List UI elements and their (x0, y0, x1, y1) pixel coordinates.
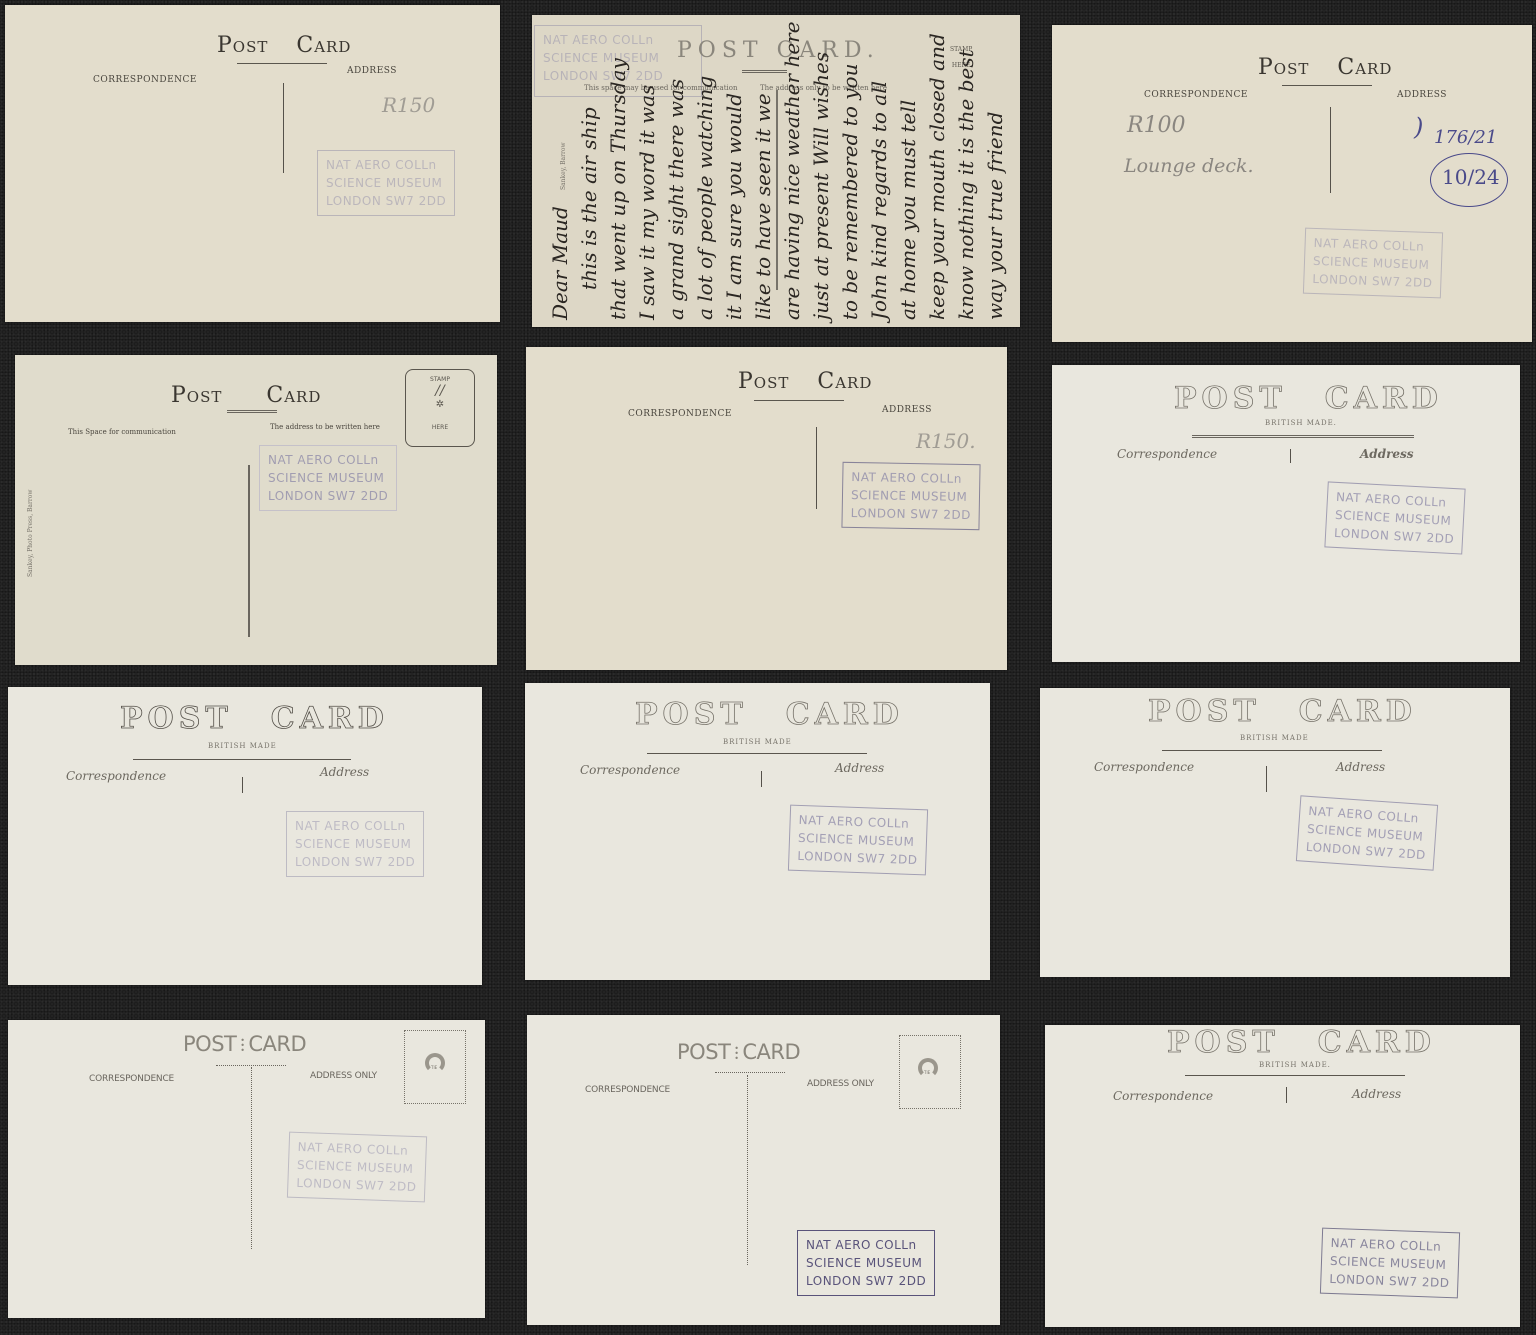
stamp-line: LONDON SW7 2DD (1329, 1270, 1450, 1292)
museum-stamp: NAT AERO COLLn SCIENCE MUSEUM LONDON SW7… (1320, 1228, 1460, 1299)
stamp-line: NAT AERO COLLn (326, 156, 446, 174)
title-rule (1282, 85, 1372, 86)
dot-separator: ••• (733, 1046, 739, 1061)
postcard-title: POST•••CARD (677, 1040, 800, 1064)
stamp-line: NAT AERO COLLn (806, 1236, 926, 1254)
reference-number: 176/21 (1434, 127, 1497, 148)
title-card: CARD (786, 697, 904, 732)
star-icon: ✲ (406, 399, 474, 410)
title-post: Post (171, 383, 222, 408)
title-post: POST (1148, 694, 1261, 729)
postcard-2-handwritten: NAT AERO COLLn SCIENCE MUSEUM LONDON SW7… (532, 15, 1020, 327)
letter-line: at home you must tell (894, 21, 923, 320)
title-card: CARD (742, 1040, 800, 1064)
divider-line (1266, 766, 1267, 792)
dot-separator: ••• (239, 1038, 245, 1053)
pencil-annotation: R150. (916, 429, 976, 453)
stamp-line: LONDON SW7 2DD (268, 487, 388, 505)
correspondence-label: CORRESPONDENCE (89, 1074, 174, 1084)
british-made-label: BRITISH MADE (1240, 734, 1309, 742)
address-label: Address (1360, 447, 1414, 461)
museum-stamp: NAT AERO COLLn SCIENCE MUSEUM LONDON SW7… (1303, 228, 1443, 299)
title-card: Card (296, 33, 351, 58)
postcard-title: POSTCARD (1148, 694, 1417, 729)
title-post: POST (677, 1040, 730, 1064)
divider-line (1330, 107, 1331, 193)
correspondence-label: CORRESPONDENCE (585, 1085, 670, 1095)
museum-stamp: NAT AERO COLLn SCIENCE MUSEUM LONDON SW7… (259, 445, 397, 511)
title-card: Card (1337, 55, 1392, 80)
title-card: CARD (1318, 1025, 1436, 1060)
museum-stamp: NAT AERO COLLn SCIENCE MUSEUM LONDON SW7… (1324, 481, 1465, 554)
title-post: POST (120, 701, 233, 736)
correspondence-label: CORRESPONDENCE (628, 409, 732, 419)
letter-line: are having nice weather here (778, 21, 807, 320)
correspondence-label: CORRESPONDENCE (1144, 90, 1248, 100)
postcard-title: PostCard (203, 33, 365, 58)
letter-line: I saw it my word it was (633, 21, 662, 320)
postcard-1: PostCard CORRESPONDENCE ADDRESS R150 NAT… (5, 5, 500, 322)
title-post: Post (738, 369, 789, 394)
title-rule (1185, 1075, 1405, 1076)
pencil-annotation: Lounge deck. (1124, 155, 1254, 177)
postcard-11: POST•••CARD CORRESPONDENCE ADDRESS ONLY … (527, 1015, 1000, 1325)
stamp-here-box: STAMP // ✲ HERE (405, 369, 475, 447)
title-card: CARD (271, 701, 389, 736)
address-label: Address (320, 765, 369, 779)
postcard-title: PostCard (157, 383, 335, 408)
museum-stamp: NAT AERO COLLn SCIENCE MUSEUM LONDON SW7… (286, 811, 424, 877)
letter-line: a lot of people watching (691, 21, 720, 320)
british-made-label: BRITISH MADE. (1265, 419, 1337, 427)
letter-line: John kind regards to all (865, 21, 894, 320)
letter-line: Dear Maud (546, 21, 575, 320)
address-label: ADDRESS ONLY (807, 1079, 874, 1089)
correspondence-label: Correspondence (66, 769, 166, 783)
postcard-9: POSTCARD BRITISH MADE Correspondence Add… (1040, 688, 1510, 977)
stamp-line: LONDON SW7 2DD (1312, 270, 1433, 292)
title-rule (754, 400, 844, 401)
title-rule (715, 1072, 785, 1073)
communication-label: This Space for communication (68, 428, 176, 436)
address-label: Address (1352, 1087, 1401, 1101)
british-made-label: BRITISH MADE (208, 742, 277, 750)
title-post: Post (217, 33, 268, 58)
stamp-line: SCIENCE MUSEUM (806, 1254, 926, 1272)
stamp-line: LONDON SW7 2DD (326, 192, 446, 210)
stamp-line: LONDON SW7 2DD (851, 504, 971, 524)
letter-line: know nothing it is the best (952, 21, 981, 320)
postcard-3: PostCard CORRESPONDENCE ADDRESS R100 Lou… (1052, 25, 1532, 342)
letter-line: a grand sight there was (662, 21, 691, 320)
stamp-box: TIE (899, 1035, 961, 1109)
postcard-title: POSTCARD (1167, 1025, 1436, 1060)
pencil-annotation: R100 (1127, 113, 1186, 138)
stamp-mark: // (406, 383, 474, 399)
postcard-title: POSTCARD (120, 701, 389, 736)
divider-line (242, 777, 243, 793)
address-label: ADDRESS (347, 66, 397, 76)
title-card: CARD (248, 1032, 306, 1056)
divider-line (1286, 1087, 1287, 1103)
title-post: POST (1167, 1025, 1280, 1060)
title-rule (237, 63, 327, 64)
postcard-8: POSTCARD BRITISH MADE Correspondence Add… (525, 683, 990, 980)
letter-line: that went up on Thursday (604, 21, 633, 320)
letter-line: it I am sure you would (720, 21, 749, 320)
title-rule (1192, 435, 1414, 436)
postcard-title: PostCard (724, 369, 886, 394)
british-made-label: BRITISH MADE (723, 738, 792, 746)
letter-line: like to have seen it we (749, 21, 778, 320)
title-rule (647, 753, 867, 754)
address-label: ADDRESS ONLY (310, 1071, 377, 1081)
postcard-title: POSTCARD (1174, 381, 1443, 416)
postcard-6: POSTCARD BRITISH MADE. Correspondence Ad… (1052, 365, 1520, 662)
stamp-line: SCIENCE MUSEUM (326, 174, 446, 192)
title-card: CARD (1299, 694, 1417, 729)
divider-line (248, 465, 250, 637)
divider-line (1290, 449, 1291, 463)
museum-stamp: NAT AERO COLLn SCIENCE MUSEUM LONDON SW7… (788, 805, 928, 876)
stamp-line: SCIENCE MUSEUM (295, 835, 415, 853)
address-label: Address (835, 761, 884, 775)
address-label: ADDRESS (1397, 90, 1447, 100)
stamp-line: NAT AERO COLLn (851, 468, 971, 488)
stamp-line: SCIENCE MUSEUM (268, 469, 388, 487)
postcard-10: POST•••CARD CORRESPONDENCE ADDRESS ONLY … (8, 1020, 485, 1318)
stamp-logo-text: TIE (431, 1065, 437, 1070)
printer-credit: Sankey, Photo Press, Barrow (27, 490, 34, 578)
title-rule (133, 759, 351, 760)
stamp-text: HERE (406, 424, 474, 431)
museum-stamp: NAT AERO COLLn SCIENCE MUSEUM LONDON SW7… (1296, 795, 1438, 870)
title-rule (227, 410, 277, 411)
bracket-mark: ) (1414, 113, 1423, 141)
pencil-annotation: R150 (382, 93, 435, 117)
title-post: POST (635, 697, 748, 732)
divider-line (251, 1067, 252, 1249)
postcard-5: PostCard CORRESPONDENCE ADDRESS R150. NA… (526, 347, 1007, 670)
divider-line (747, 1075, 748, 1265)
postcard-4: PostCard This Space for communication Th… (15, 355, 497, 665)
letter-line: to be remembered to you (836, 21, 865, 320)
stamp-box: TIE (404, 1030, 466, 1104)
stamp-line: NAT AERO COLLn (295, 817, 415, 835)
postcard-title: POSTCARD (635, 697, 904, 732)
title-post: POST (183, 1032, 236, 1056)
letter-line: this is the air ship (575, 21, 604, 320)
british-made-label: BRITISH MADE. (1259, 1061, 1331, 1069)
correspondence-label: Correspondence (1117, 447, 1217, 461)
museum-stamp: NAT AERO COLLn SCIENCE MUSEUM LONDON SW7… (317, 150, 455, 216)
museum-stamp: NAT AERO COLLn SCIENCE MUSEUM LONDON SW7… (287, 1132, 427, 1203)
stamp-logo-text: TIE (924, 1070, 930, 1075)
horseshoe-icon (918, 1058, 938, 1078)
postcard-7: POSTCARD BRITISH MADE Correspondence Add… (8, 687, 482, 985)
title-post: Post (1258, 55, 1309, 80)
title-rule (216, 1065, 286, 1066)
address-label: ADDRESS (882, 405, 932, 415)
museum-stamp: NAT AERO COLLn SCIENCE MUSEUM LONDON SW7… (797, 1230, 935, 1296)
stamp-line: SCIENCE MUSEUM (851, 486, 971, 506)
divider-line (816, 427, 817, 509)
stamp-line: NAT AERO COLLn (268, 451, 388, 469)
stamp-line: LONDON SW7 2DD (797, 847, 918, 869)
title-card: Card (266, 383, 321, 408)
letter-line: keep your mouth closed and (923, 21, 952, 320)
title-card: CARD (1325, 381, 1443, 416)
stamp-line: LONDON SW7 2DD (806, 1272, 926, 1290)
postcard-title: POST•••CARD (183, 1032, 306, 1056)
stamp-line: LONDON SW7 2DD (296, 1174, 417, 1196)
stamp-line: LONDON SW7 2DD (295, 853, 415, 871)
correspondence-label: CORRESPONDENCE (93, 75, 197, 85)
letter-line: just at present Will wishes (807, 21, 836, 320)
correspondence-label: Correspondence (580, 763, 680, 777)
handwritten-letter: Dear Maud this is the air ship that went… (546, 21, 1010, 320)
letter-line: way your true friend (981, 21, 1010, 320)
divider-line (761, 771, 762, 787)
stamp-text: STAMP (406, 376, 474, 383)
title-card: Card (817, 369, 872, 394)
address-label: The address to be written here (270, 423, 380, 431)
address-label: Address (1336, 760, 1385, 774)
museum-stamp: NAT AERO COLLn SCIENCE MUSEUM LONDON SW7… (841, 462, 980, 530)
postcard-title: PostCard (1244, 55, 1406, 80)
title-post: POST (1174, 381, 1287, 416)
divider-line (283, 83, 284, 173)
postcard-12: POSTCARD BRITISH MADE. Correspondence Ad… (1045, 1025, 1520, 1327)
correspondence-label: Correspondence (1094, 760, 1194, 774)
circled-number: 10/24 (1442, 165, 1500, 189)
horseshoe-icon (425, 1053, 445, 1073)
title-rule (1162, 750, 1382, 751)
correspondence-label: Correspondence (1113, 1089, 1213, 1103)
